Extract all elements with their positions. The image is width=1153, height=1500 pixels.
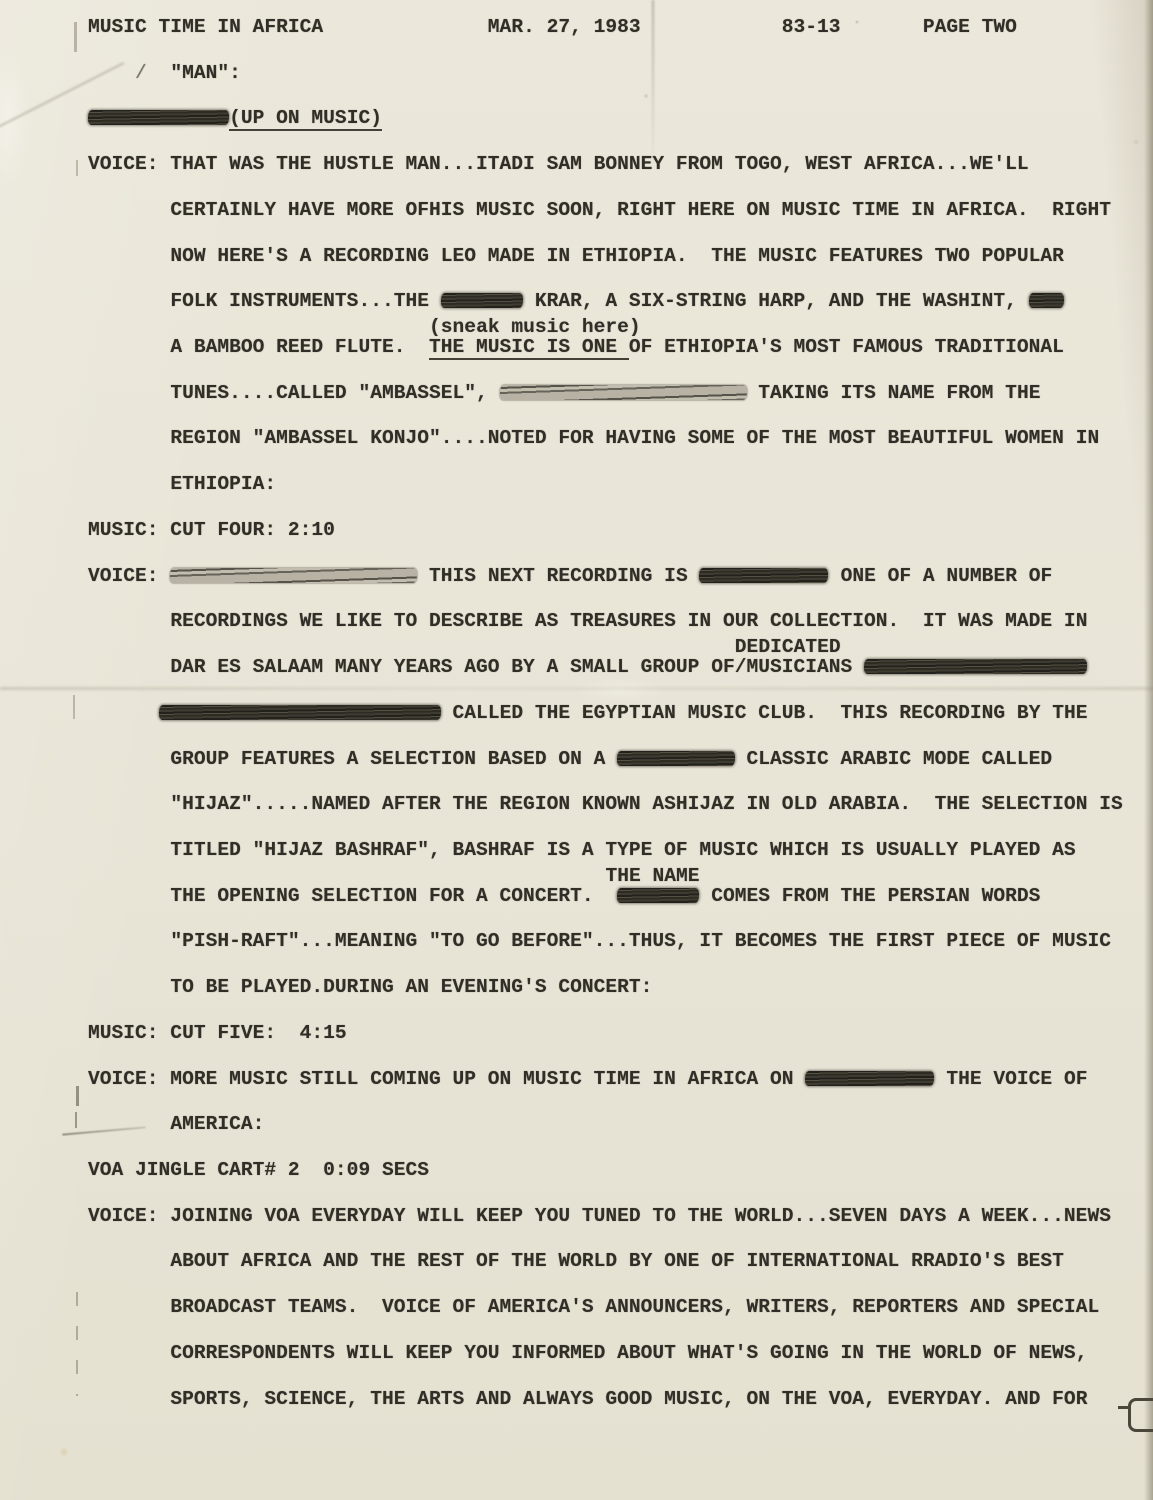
doc-title: MUSIC TIME IN AFRICA [88,16,323,38]
header-line: MUSIC TIME IN AFRICAMAR. 27, 198383-13PA… [88,5,1153,51]
voice-line: VOICE: THIS NEXT RECORDING IS ONE OF A N… [88,554,1153,600]
text-segment: DAR ES SALAAM MANY YEARS AGO BY A SMALL … [170,656,864,678]
text-segment: VOICE: [88,565,170,587]
redacted-text [1028,293,1064,308]
voice-line: VOICE: THAT WAS THE HUSTLE MAN...ITADI S… [88,142,1153,188]
interline-note-text: THE NAME [605,865,699,887]
redacted-text [864,659,1088,674]
text-segment: COMES FROM THE PERSIAN WORDS [699,885,1040,907]
scanned-typescript: { "page": { "width": 1153, "height": 150… [0,0,1153,1500]
text-segment: ETHIOPIA: [170,473,276,495]
text-segment: TO BE PLAYED.DURING AN EVENING'S CONCERT… [170,976,652,998]
voice-line: BROADCAST TEAMS. VOICE OF AMERICA'S ANNO… [88,1285,1153,1331]
text-segment: "HIJAZ".....NAMED AFTER THE REGION KNOWN… [170,793,1122,815]
text-segment: VOICE: THAT WAS THE HUSTLE MAN...ITADI S… [88,153,1029,175]
redacted-text [805,1071,935,1086]
margin-mark [73,695,75,719]
music-cue: MUSIC: CUT FOUR: 2:10 [88,508,1153,554]
text-segment: BROADCAST TEAMS. VOICE OF AMERICA'S ANNO… [170,1296,1099,1318]
text-segment: AMERICA: [170,1113,264,1135]
text-segment: VOICE: MORE MUSIC STILL COMING UP ON MUS… [88,1068,805,1090]
stage-direction: (UP ON MUSIC) [88,96,1153,142]
text-segment: REGION "AMBASSEL KONJO"....NOTED FOR HAV… [170,427,1099,449]
margin-mark [74,22,77,52]
text-segment: FOLK INSTRUMENTS...THE [170,290,440,312]
redacted-text [699,568,829,583]
text-segment: THE VOICE OF [935,1068,1088,1090]
margin-mark [76,160,78,176]
text-segment: "PISH-RAFT"...MEANING "TO GO BEFORE"...T… [170,930,1111,952]
text-segment: SPORTS, SCIENCE, THE ARTS AND ALWAYS GOO… [170,1388,1087,1410]
voice-line: REGION "AMBASSEL KONJO"....NOTED FOR HAV… [88,416,1153,462]
interline-note-text: DEDICATED [735,636,841,658]
stage-direction-text: (UP ON MUSIC) [229,107,382,131]
redacted-text [170,568,417,583]
text-segment: NOW HERE'S A RECORDING LEO MADE IN ETHIO… [170,245,1064,267]
jingle-cue: VOA JINGLE CART# 2 0:09 SECS [88,1148,1153,1194]
voice-line: RECORDINGS WE LIKE TO DESCRIBE AS TREASU… [88,599,1153,645]
voice-line: CALLED THE EGYPTIAN MUSIC CLUB. THIS REC… [88,691,1153,737]
margin-mark [75,1112,77,1128]
text-segment: KRAR, A SIX-STRING HARP, AND THE WASHINT… [523,290,1029,312]
redacted-text [617,888,700,903]
text-segment: CERTAINLY HAVE MORE OFHIS MUSIC SOON, RI… [170,199,1111,221]
page-number: PAGE TWO [841,16,1017,38]
redacted-text [441,293,524,308]
margin-mark [76,1292,78,1396]
doc-date: MAR. 27, 1983 [323,16,640,38]
voice-line: TUNES....CALLED "AMBASSEL", TAKING ITS N… [88,371,1153,417]
redacted-text [88,110,230,125]
speaker-cue: /"MAN": [88,51,1153,97]
voice-line: CORRESPONDENTS WILL KEEP YOU INFORMED AB… [88,1331,1153,1377]
pencil-mark: / [135,62,147,84]
voice-line: "PISH-RAFT"...MEANING "TO GO BEFORE"...T… [88,919,1153,965]
voice-line: CERTAINLY HAVE MORE OFHIS MUSIC SOON, RI… [88,188,1153,234]
voice-line: ABOUT AFRICA AND THE REST OF THE WORLD B… [88,1239,1153,1285]
voice-line: SPORTS, SCIENCE, THE ARTS AND ALWAYS GOO… [88,1377,1153,1423]
text-segment: TAKING ITS NAME FROM THE [747,382,1041,404]
voice-line: AMERICA: [88,1102,1153,1148]
episode-number: 83-13 [641,16,841,38]
interline-note-text: (sneak music here) [429,316,641,338]
text-segment: ABOUT AFRICA AND THE REST OF THE WORLD B… [170,1250,1064,1272]
text-segment: A BAMBOO REED FLUTE. [170,336,429,358]
text-segment: CORRESPONDENTS WILL KEEP YOU INFORMED AB… [170,1342,1087,1364]
text-segment: RECORDINGS WE LIKE TO DESCRIBE AS TREASU… [170,610,1087,632]
text-segment: CALLED THE EGYPTIAN MUSIC CLUB. THIS REC… [441,702,1088,724]
typescript-page: MUSIC TIME IN AFRICAMAR. 27, 198383-13PA… [88,5,1153,1422]
voice-line: DAR ES SALAAM MANY YEARS AGO BY A SMALL … [88,645,1153,691]
voice-line: VOICE: MORE MUSIC STILL COMING UP ON MUS… [88,1057,1153,1103]
voice-line: ETHIOPIA: [88,462,1153,508]
redacted-text [499,385,746,400]
voice-line: "HIJAZ".....NAMED AFTER THE REGION KNOWN… [88,782,1153,828]
speaker-cue-text: "MAN": [147,62,241,84]
voice-line: GROUP FEATURES A SELECTION BASED ON A CL… [88,737,1153,783]
redacted-text [158,705,441,720]
text-segment: TUNES....CALLED "AMBASSEL", [170,382,499,404]
voice-line: VOICE: JOINING VOA EVERYDAY WILL KEEP YO… [88,1194,1153,1240]
voice-line: NOW HERE'S A RECORDING LEO MADE IN ETHIO… [88,234,1153,280]
jingle-cue-text: VOA JINGLE CART# 2 0:09 SECS [88,1159,429,1181]
music-cue-text: MUSIC: CUT FOUR: 2:10 [88,519,335,541]
music-cue-text: MUSIC: CUT FIVE: 4:15 [88,1022,347,1044]
text-segment: CLASSIC ARABIC MODE CALLED [735,748,1052,770]
music-cue: MUSIC: CUT FIVE: 4:15 [88,1011,1153,1057]
margin-mark [76,1086,79,1106]
text-segment: THE OPENING SELECTION FOR A CONCERT. [170,885,617,907]
text-segment: TITLED "HIJAZ BASHRAF", BASHRAF IS A TYP… [170,839,1075,861]
text-segment: THE MUSIC IS ONE [429,336,629,360]
voice-line: TO BE PLAYED.DURING AN EVENING'S CONCERT… [88,965,1153,1011]
text-segment: ONE OF A NUMBER OF [829,565,1052,587]
text-segment: THIS NEXT RECORDING IS [417,565,699,587]
redacted-text [617,751,735,766]
text-segment: OF ETHIOPIA'S MOST FAMOUS TRADITIONAL [629,336,1064,358]
text-segment: GROUP FEATURES A SELECTION BASED ON A [170,748,617,770]
text-segment: VOICE: JOINING VOA EVERYDAY WILL KEEP YO… [88,1205,1111,1227]
